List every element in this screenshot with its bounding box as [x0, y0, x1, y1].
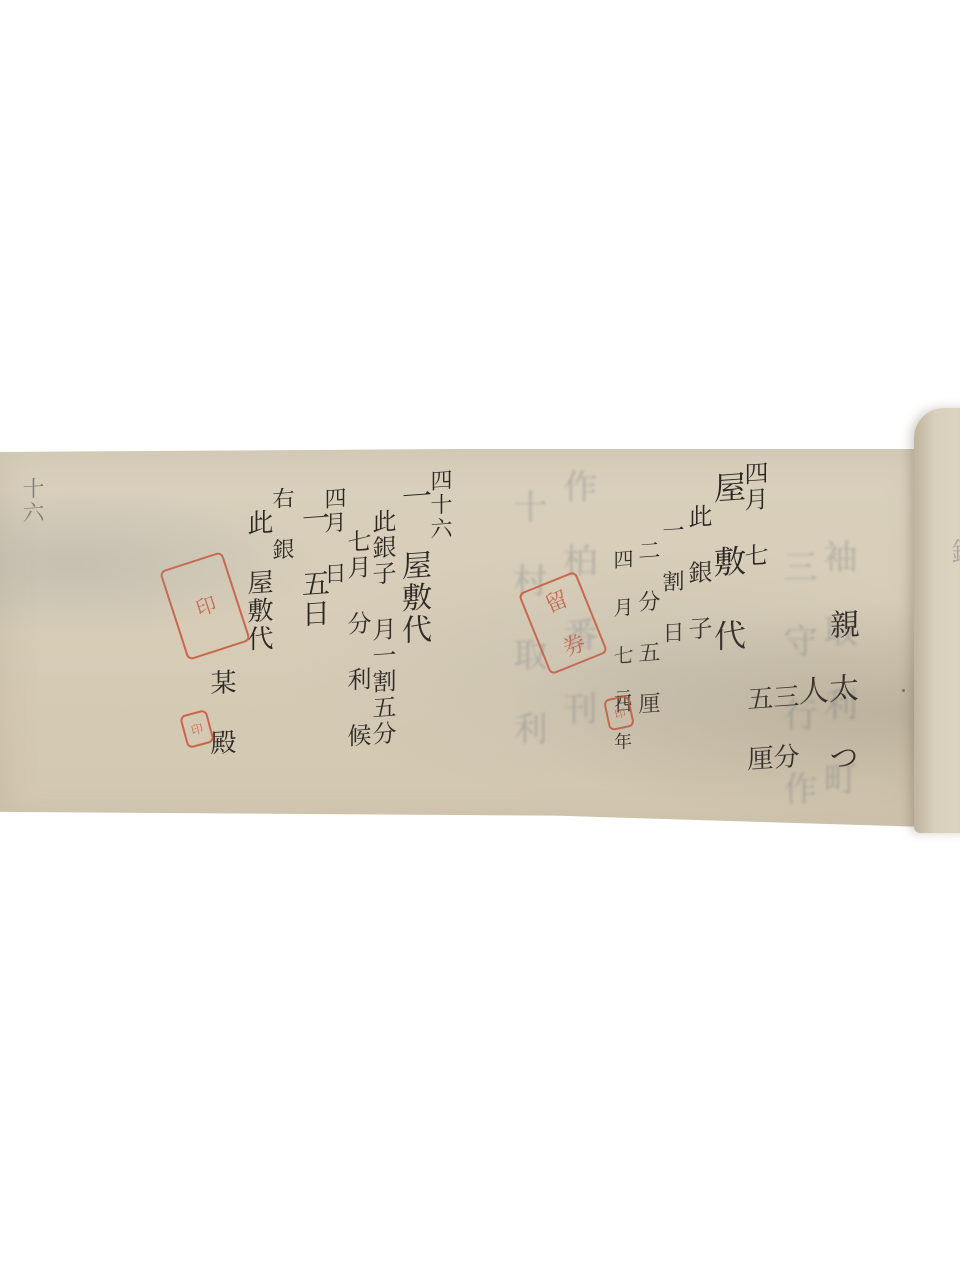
left-column-6: 四月 日: [322, 486, 344, 587]
paper-speck: [902, 689, 905, 692]
right-side-line: 三 分 五 厘: [745, 682, 797, 829]
right-column-3: 此 銀 子: [686, 503, 710, 643]
left-signature: 某 殿: [208, 668, 234, 758]
left-column-8: 此 屋敷代: [245, 508, 271, 654]
right-column-2: 屋 敷 代: [712, 470, 744, 654]
right-column-4: 一 割 日: [660, 518, 682, 646]
right-column-5: 二 分 五 厘: [636, 538, 658, 717]
right-heading: 親: [826, 608, 856, 642]
left-column-7: 右 銀: [270, 486, 292, 563]
right-name-line: 太 つ 人: [795, 672, 855, 829]
scroll-roll: 銀: [914, 408, 960, 833]
document-paper: 十六 十 村 取 利 作 柏 番 刊 三 守 行 作 袖 取 利 町 四十六 一…: [0, 449, 925, 827]
left-column-2: 一 屋敷代: [398, 480, 428, 647]
red-seal-large-left: 印: [159, 551, 251, 661]
left-column-3: 此銀子 月一割五分: [370, 508, 394, 748]
left-column-4: 七月 分 利 候: [345, 528, 369, 750]
faded-edge-text: 十六: [20, 476, 42, 526]
roll-bleed-text: 銀: [944, 538, 960, 564]
photo-stage: 十六 十 村 取 利 作 柏 番 刊 三 守 行 作 袖 取 利 町 四十六 一…: [0, 0, 960, 1280]
left-column-1: 四十六: [428, 468, 450, 542]
